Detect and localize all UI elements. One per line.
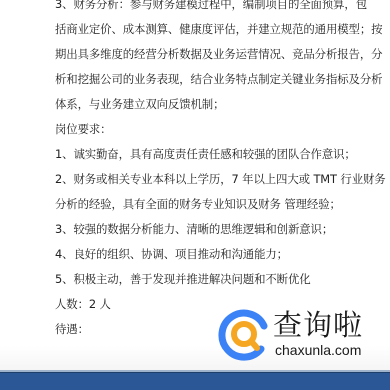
doc-line: 析和挖掘公司的业务表现，结合业务特点制定关键业务指标及分析: [55, 67, 390, 92]
watermark-domain: chaxunla.com: [275, 342, 363, 358]
requirement-item: 5、积极主动，善于发现并推进解决问题和不断优化: [55, 267, 390, 292]
requirement-item: 分析的经验，具有全面的财务专业知识及财务 管理经验；: [55, 192, 390, 217]
watermark-logo: 查询啦 chaxunla.com: [217, 308, 390, 366]
search-magnifier-logo-icon: [217, 308, 271, 362]
requirement-item: 1、诚实勤奋，具有高度责任责任感和较强的团队合作意识；: [55, 142, 390, 167]
doc-line: 3、财务分析：参与财务建模过程中，编制项目的全面预算，包: [55, 0, 390, 17]
section-heading-requirements: 岗位要求：: [55, 117, 390, 142]
requirement-item: 3、较强的数据分析能力、清晰的思维逻辑和创新意识；: [55, 217, 390, 242]
doc-line: 体系，与业务建立双向反馈机制；: [55, 92, 390, 117]
doc-line: 括商业定价、成本测算、健康度评估，并建立规范的通用模型；按: [55, 17, 390, 42]
doc-line: 期出具多维度的经营分析数据及业务运营情况、竞品分析报告，分: [55, 42, 390, 67]
requirement-item: 2、财务或相关专业本科以上学历，7 年以上四大或 TMT 行业财务: [55, 167, 390, 192]
requirement-item: 4、良好的组织、协调、项目推动和沟通能力；: [55, 242, 390, 267]
taskbar: [0, 372, 390, 390]
watermark-title: 查询啦: [273, 308, 363, 342]
document-body: 3、财务分析：参与财务建模过程中，编制项目的全面预算，包 括商业定价、成本测算、…: [55, 0, 390, 342]
